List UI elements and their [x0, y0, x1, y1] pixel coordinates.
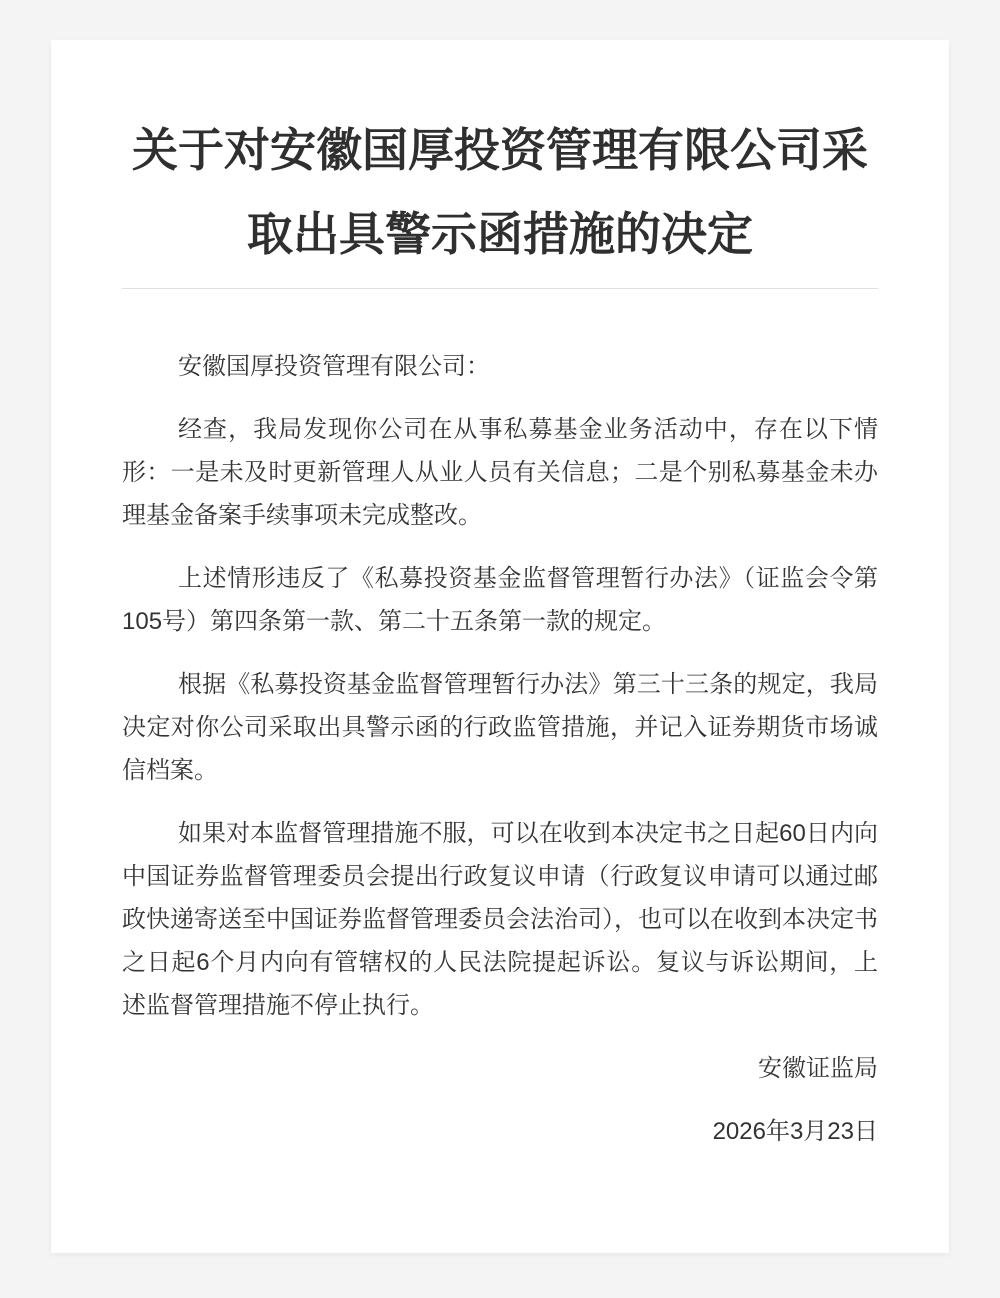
- findings-paragraph: 经查，我局发现你公司在从事私募基金业务活动中，存在以下情形：一是未及时更新管理人…: [122, 408, 878, 537]
- decision-paragraph: 根据《私募投资基金监督管理暂行办法》第三十三条的规定，我局决定对你公司采取出具警…: [122, 663, 878, 792]
- violation-paragraph: 上述情形违反了《私募投资基金监督管理暂行办法》（证监会令第105号）第四条第一款…: [122, 557, 878, 643]
- salutation-paragraph: 安徽国厚投资管理有限公司：: [122, 345, 878, 388]
- document-card: 关于对安徽国厚投资管理有限公司采取出具警示函措施的决定 安徽国厚投资管理有限公司…: [51, 40, 949, 1253]
- document-body: 安徽国厚投资管理有限公司： 经查，我局发现你公司在从事私募基金业务活动中，存在以…: [122, 345, 878, 1153]
- title-divider: [122, 288, 878, 289]
- issue-date: 2026年3月23日: [122, 1110, 878, 1153]
- document-title: 关于对安徽国厚投资管理有限公司采取出具警示函措施的决定: [122, 108, 878, 276]
- page-background: 关于对安徽国厚投资管理有限公司采取出具警示函措施的决定 安徽国厚投资管理有限公司…: [0, 0, 1000, 1298]
- appeal-rights-paragraph: 如果对本监督管理措施不服，可以在收到本决定书之日起60日内向中国证券监督管理委员…: [122, 812, 878, 1027]
- issuing-authority-signature: 安徽证监局: [122, 1047, 878, 1090]
